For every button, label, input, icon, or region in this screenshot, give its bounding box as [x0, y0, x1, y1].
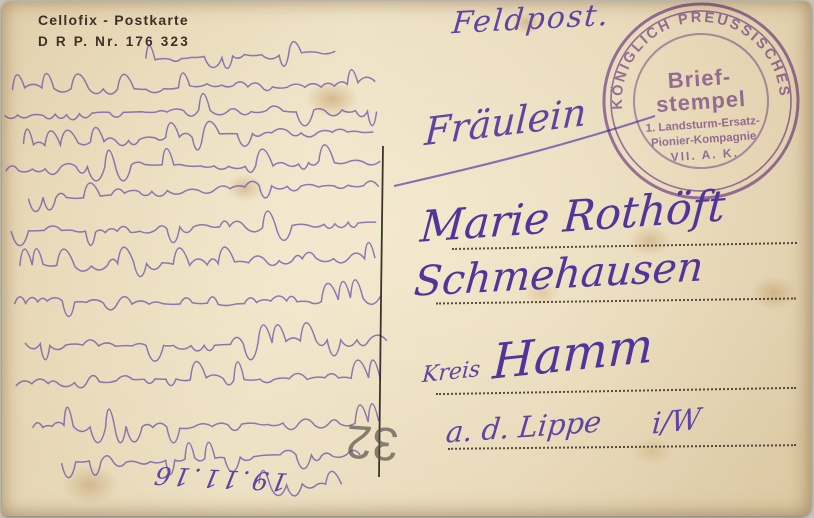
- printed-header-line2: D R P. Nr. 176 323: [38, 32, 190, 52]
- postcard-scan: Cellofix - Postkarte D R P. Nr. 176 323 …: [0, 0, 814, 518]
- printed-header: Cellofix - Postkarte D R P. Nr. 176 323: [38, 10, 190, 52]
- printed-header-line1: Cellofix - Postkarte: [38, 10, 190, 30]
- postcard-paper: [2, 1, 811, 516]
